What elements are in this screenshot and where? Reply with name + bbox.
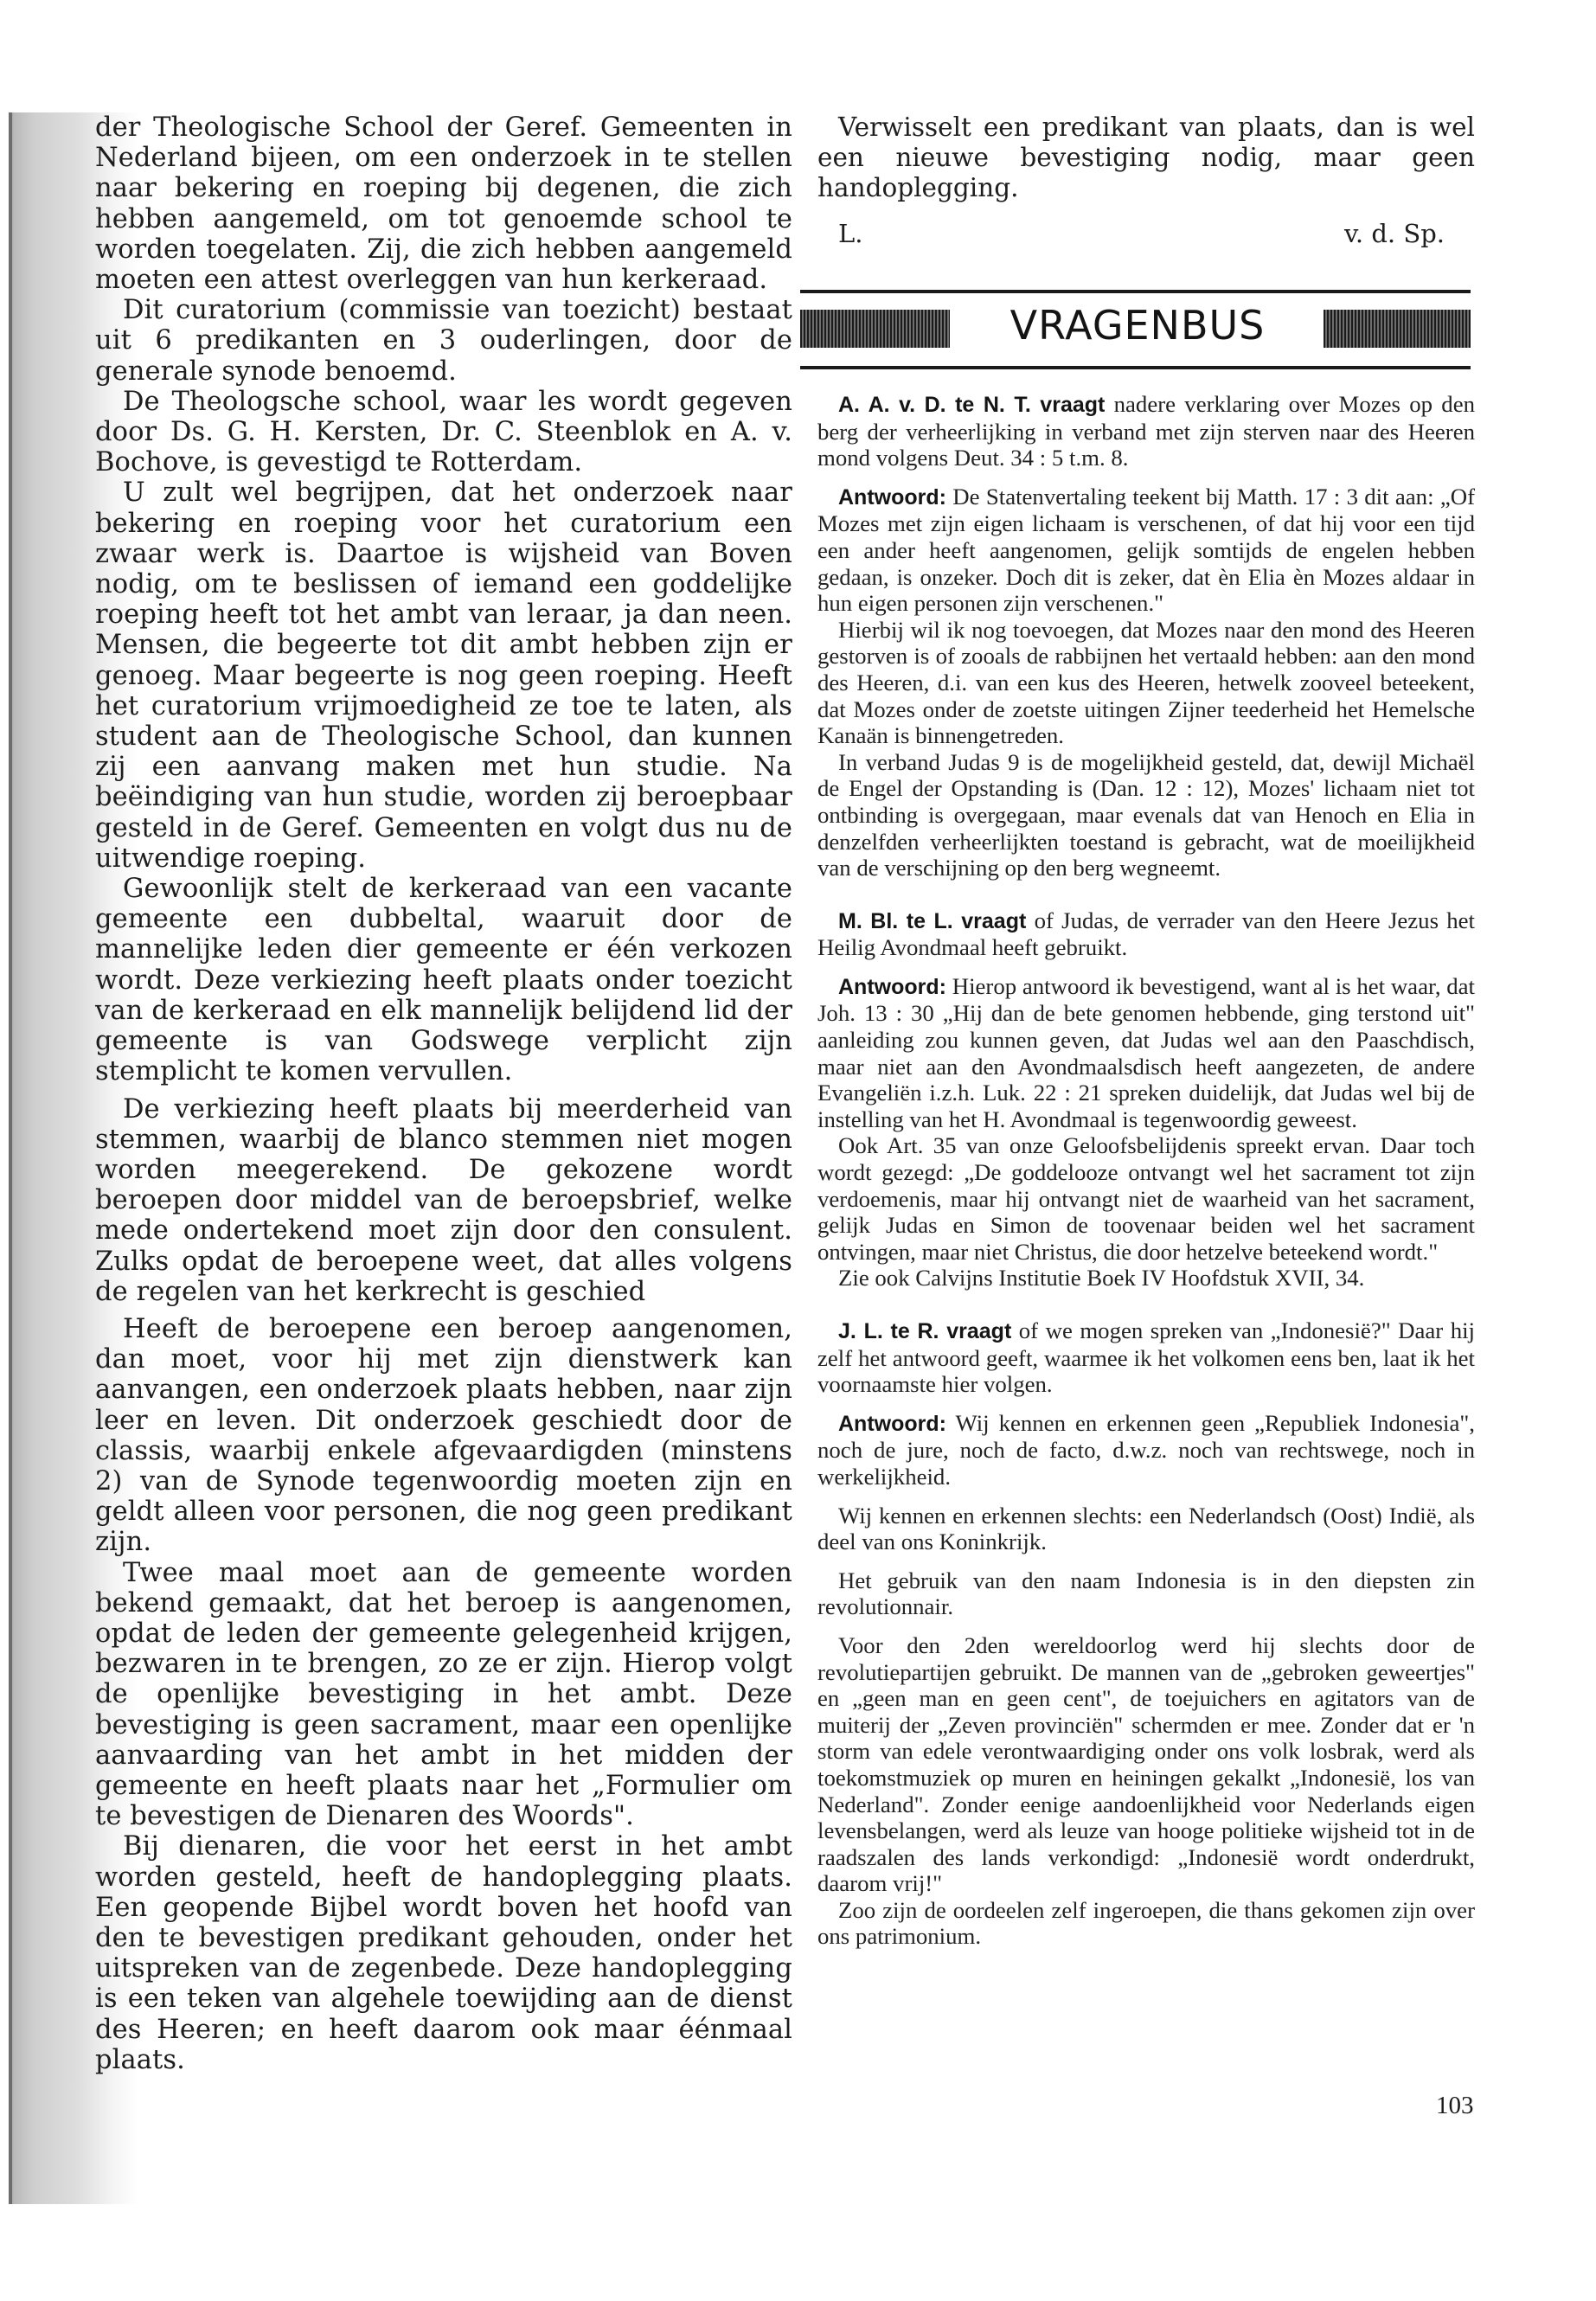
answer-continuation: Hierbij wil ik nog toevoegen, dat Mozes … <box>817 617 1475 749</box>
question-block: A. A. v. D. te N. T. vraagt nadere verkl… <box>817 391 1475 881</box>
answer: Antwoord: Hierop antwoord ik bevestigend… <box>817 973 1475 1133</box>
hatched-ornament-left <box>800 310 950 348</box>
questions-list: A. A. v. D. te N. T. vraagt nadere verkl… <box>817 391 1475 1950</box>
signature-left: L. <box>838 219 862 248</box>
paragraph: der Theologische School der Geref. Gemee… <box>95 112 792 295</box>
section-header-vragenbus: VRAGENBUS <box>800 290 1475 369</box>
question-asker: M. Bl. te L. vraagt <box>838 909 1026 933</box>
paragraph: De verkiezing heeft plaats bij meerderhe… <box>95 1094 792 1307</box>
answer: Antwoord: De Statenvertaling teekent bij… <box>817 484 1475 617</box>
question-block: M. Bl. te L. vraagt of Judas, de verrade… <box>817 907 1475 1292</box>
answer-continuation: Ook Art. 35 van onze Geloofsbelijdenis s… <box>817 1132 1475 1265</box>
page-number: 103 <box>1436 2092 1474 2120</box>
section-title: VRAGENBUS <box>960 302 1315 349</box>
answer-label: Antwoord: <box>838 975 946 999</box>
left-column: der Theologische School der Geref. Gemee… <box>95 112 792 2075</box>
question-asker: J. L. te R. vraagt <box>838 1319 1011 1343</box>
right-column-intro: Verwisselt een predikant van plaats, dan… <box>817 112 1475 248</box>
question-asker: A. A. v. D. te N. T. vraagt <box>838 393 1105 417</box>
answer-continuation: In verband Judas 9 is de mogelijkheid ge… <box>817 749 1475 881</box>
paragraph: Dit curatorium (commissie van toezicht) … <box>95 295 792 387</box>
question-block: J. L. te R. vraagt of we mogen spreken v… <box>817 1317 1475 1950</box>
paragraph: Heeft de beroepene een beroep aangenomen… <box>95 1314 792 1558</box>
paragraph: U zult wel begrijpen, dat het onderzoek … <box>95 478 792 874</box>
answer: Antwoord: Wij kennen en erkennen geen „R… <box>817 1410 1475 1490</box>
signature-line: L. v. d. Sp. <box>817 219 1475 248</box>
paragraph: Gewoonlijk stelt de kerkeraad van een va… <box>95 874 792 1086</box>
question: A. A. v. D. te N. T. vraagt nadere verkl… <box>817 391 1475 471</box>
answer-label: Antwoord: <box>838 485 946 510</box>
answer-continuation: Zie ook Calvijns Institutie Boek IV Hoof… <box>817 1265 1475 1292</box>
closing-paragraph: Verwisselt een predikant van plaats, dan… <box>817 112 1475 203</box>
paragraph: Bij dienaren, die voor het eerst in het … <box>95 1831 792 2075</box>
answer-continuation: Voor den 2den wereldoorlog werd hij slec… <box>817 1632 1475 1897</box>
answer-continuation: Zoo zijn de oordeelen zelf ingeroepen, d… <box>817 1897 1475 1950</box>
answer-continuation: Het gebruik van den naam Indonesia is in… <box>817 1567 1475 1620</box>
page-edge <box>9 112 12 2204</box>
question: M. Bl. te L. vraagt of Judas, de verrade… <box>817 907 1475 961</box>
signature-right: v. d. Sp. <box>1344 219 1445 248</box>
paragraph: Twee maal moet aan de gemeente worden be… <box>95 1558 792 1832</box>
answer-label: Antwoord: <box>838 1412 946 1436</box>
header-rule-bottom <box>800 366 1471 369</box>
hatched-ornament-right <box>1324 310 1471 348</box>
question: J. L. te R. vraagt of we mogen spreken v… <box>817 1317 1475 1398</box>
paragraph: De Theologsche school, waar les wordt ge… <box>95 387 792 478</box>
answer-continuation: Wij kennen en erkennen slechts: een Nede… <box>817 1503 1475 1555</box>
header-rule-top <box>800 290 1471 293</box>
